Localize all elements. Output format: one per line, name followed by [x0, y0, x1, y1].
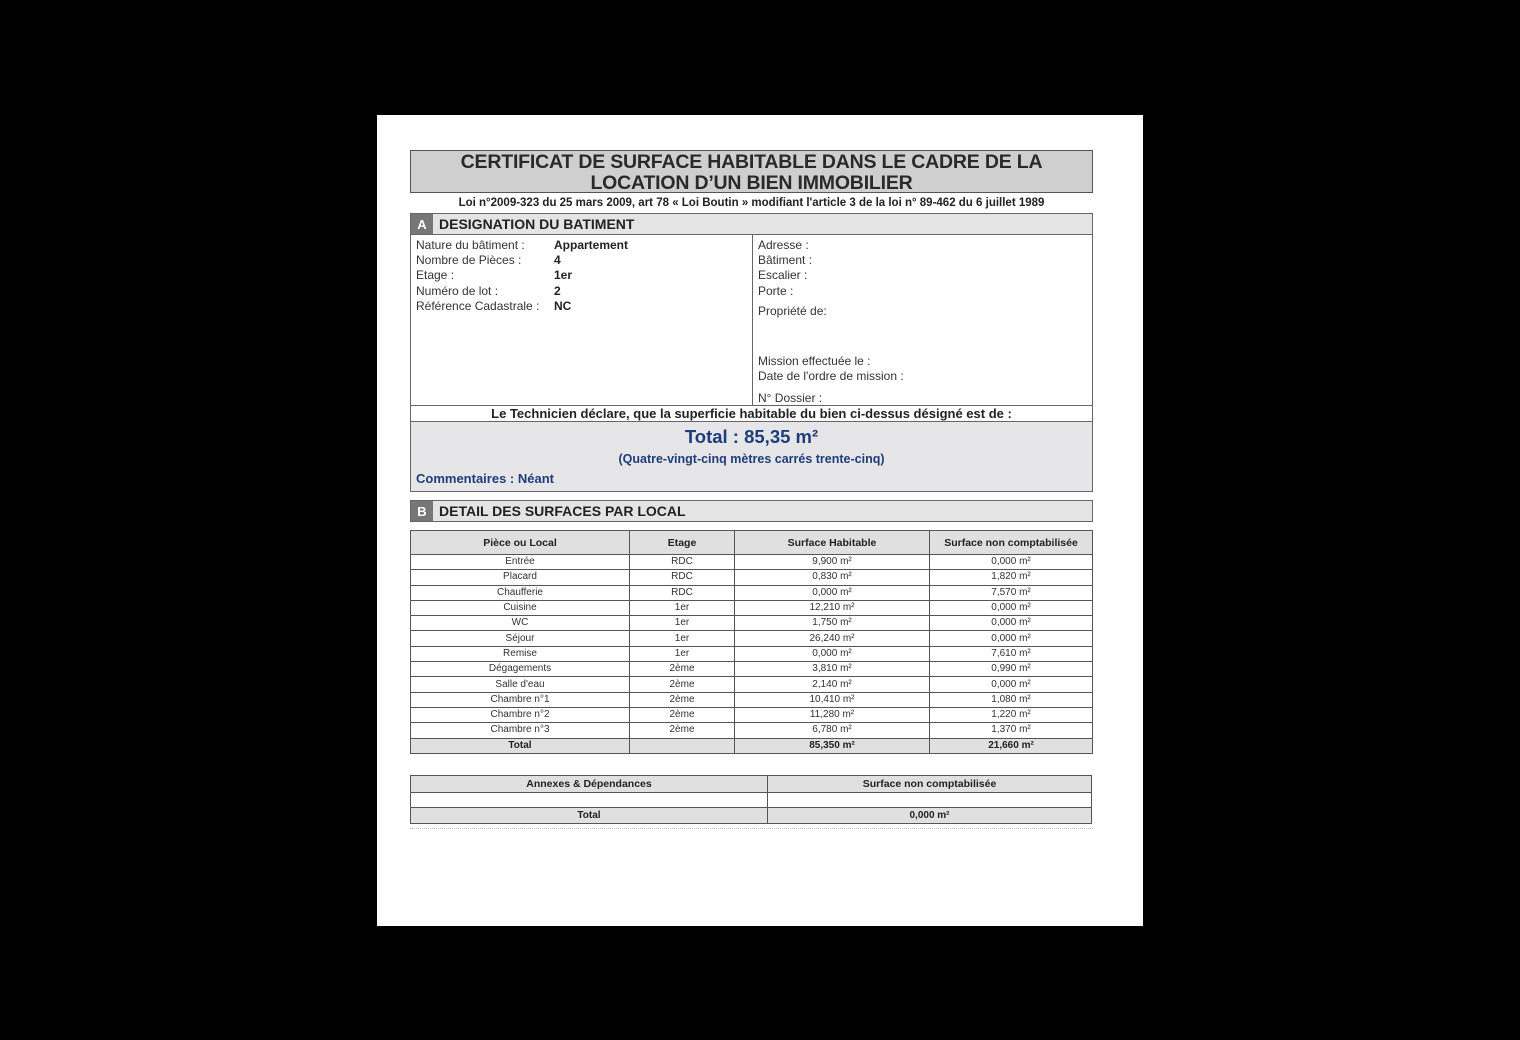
table-row: Chambre n°12ème10,410 m²1,080 m²: [411, 692, 1093, 707]
building-details: Nature du bâtiment :Appartement Nombre d…: [411, 235, 753, 405]
table-cell: 1er: [630, 631, 735, 646]
table-row: [411, 792, 1092, 807]
table-row: Salle d'eau2ème2,140 m²0,000 m²: [411, 677, 1093, 692]
table-cell: 1er: [630, 616, 735, 631]
table-cell: 0,000 m²: [930, 555, 1093, 570]
field-adresse: Adresse :: [758, 238, 1092, 253]
table-row: Séjour1er26,240 m²0,000 m²: [411, 631, 1093, 646]
field-escalier: Escalier :: [758, 268, 1092, 283]
table-cell: 3,810 m²: [735, 662, 930, 677]
table-cell: Chambre n°1: [411, 692, 630, 707]
table-cell: Remise: [411, 646, 630, 661]
column-header: Surface Habitable: [735, 531, 930, 555]
table-cell: 2ème: [630, 707, 735, 722]
field-batiment: Bâtiment :: [758, 253, 1092, 268]
table-cell: 2,140 m²: [735, 677, 930, 692]
field-value: 1er: [554, 268, 572, 283]
total-surface: Total : 85,35 m²: [411, 422, 1092, 448]
table-cell: 1er: [630, 646, 735, 661]
table-cell: Dégagements: [411, 662, 630, 677]
table-header-row: Annexes & Dépendances Surface non compta…: [411, 775, 1092, 792]
column-header: Pièce ou Local: [411, 531, 630, 555]
table-cell: Séjour: [411, 631, 630, 646]
field-nature: Nature du bâtiment :Appartement: [416, 238, 752, 253]
total-surface-box: Total : 85,35 m² (Quatre-vingt-cinq mètr…: [410, 422, 1093, 492]
section-b-title: DETAIL DES SURFACES PAR LOCAL: [439, 503, 686, 519]
table-cell: 2ème: [630, 692, 735, 707]
table-cell: Chaufferie: [411, 585, 630, 600]
table-cell: 0,830 m²: [735, 570, 930, 585]
field-label: Nature du bâtiment :: [416, 238, 554, 253]
title-line-1: CERTIFICAT DE SURFACE HABITABLE DANS LE …: [411, 152, 1092, 173]
column-header: Surface non comptabilisée: [930, 531, 1093, 555]
field-pieces: Nombre de Pièces :4: [416, 253, 752, 268]
building-designation: Nature du bâtiment :Appartement Nombre d…: [410, 235, 1093, 406]
field-mission: Mission effectuée le :: [758, 354, 1092, 369]
address-details: Adresse : Bâtiment : Escalier : Porte : …: [753, 235, 1092, 405]
field-propriete: Propriété de:: [758, 304, 1092, 319]
field-value: NC: [554, 299, 571, 314]
table-row: Dégagements2ème3,810 m²0,990 m²: [411, 662, 1093, 677]
column-header: Annexes & Dépendances: [411, 775, 768, 792]
document-page: CERTIFICAT DE SURFACE HABITABLE DANS LE …: [377, 115, 1143, 926]
field-etage: Etage :1er: [416, 268, 752, 283]
table-cell: Salle d'eau: [411, 677, 630, 692]
table-header-row: Pièce ou Local Etage Surface Habitable S…: [411, 531, 1093, 555]
document-title: CERTIFICAT DE SURFACE HABITABLE DANS LE …: [410, 150, 1093, 193]
column-header: Surface non comptabilisée: [768, 775, 1092, 792]
table-cell: Chambre n°2: [411, 707, 630, 722]
field-date-ordre: Date de l'ordre de mission :: [758, 369, 1092, 384]
table-cell: 11,280 m²: [735, 707, 930, 722]
table-cell: 0,000 m²: [930, 677, 1093, 692]
table-cell: 0,000 m²: [735, 646, 930, 661]
total-row: Total0,000 m²: [411, 807, 1092, 823]
comments: Commentaires : Néant: [416, 471, 554, 486]
table-cell: [768, 792, 1092, 807]
field-lot: Numéro de lot :2: [416, 284, 752, 299]
table-row: Chambre n°32ème6,780 m²1,370 m²: [411, 723, 1093, 738]
law-reference: Loi n°2009-323 du 25 mars 2009, art 78 «…: [410, 197, 1093, 213]
table-cell: 1,370 m²: [930, 723, 1093, 738]
total-cell: 21,660 m²: [930, 738, 1093, 753]
table-row: PlacardRDC0,830 m²1,820 m²: [411, 570, 1093, 585]
table-cell: Chambre n°3: [411, 723, 630, 738]
total-surface-words: (Quatre-vingt-cinq mètres carrés trente-…: [411, 452, 1092, 466]
field-value: 4: [554, 253, 561, 268]
table-cell: 2ème: [630, 723, 735, 738]
total-cell: [630, 738, 735, 753]
declaration: Le Technicien déclare, que la superficie…: [410, 406, 1093, 422]
total-cell: 85,350 m²: [735, 738, 930, 753]
field-dossier: N° Dossier :: [758, 391, 1092, 406]
table-row: Chambre n°22ème11,280 m²1,220 m²: [411, 707, 1093, 722]
annexes-table: Annexes & Dépendances Surface non compta…: [410, 775, 1092, 824]
table-cell: [411, 792, 768, 807]
table-cell: 10,410 m²: [735, 692, 930, 707]
table-cell: 26,240 m²: [735, 631, 930, 646]
table-cell: 0,000 m²: [930, 600, 1093, 615]
table-cell: Cuisine: [411, 600, 630, 615]
table-cell: 0,000 m²: [735, 585, 930, 600]
table-cell: RDC: [630, 555, 735, 570]
table-cell: 0,990 m²: [930, 662, 1093, 677]
field-value: 2: [554, 284, 561, 299]
table-cell: WC: [411, 616, 630, 631]
table-cell: RDC: [630, 570, 735, 585]
total-cell: 0,000 m²: [768, 807, 1092, 823]
table-cell: 9,900 m²: [735, 555, 930, 570]
section-a-title: DESIGNATION DU BATIMENT: [439, 216, 634, 232]
section-a-header: A DESIGNATION DU BATIMENT: [410, 213, 1093, 235]
certificate: CERTIFICAT DE SURFACE HABITABLE DANS LE …: [410, 150, 1093, 829]
table-cell: 2ème: [630, 677, 735, 692]
field-label: Nombre de Pièces :: [416, 253, 554, 268]
section-a-letter: A: [411, 214, 433, 234]
field-label: Numéro de lot :: [416, 284, 554, 299]
table-row: WC1er1,750 m²0,000 m²: [411, 616, 1093, 631]
field-value: Appartement: [554, 238, 628, 253]
field-porte: Porte :: [758, 284, 1092, 299]
table-row: EntréeRDC9,900 m²0,000 m²: [411, 555, 1093, 570]
table-row: Cuisine1er12,210 m²0,000 m²: [411, 600, 1093, 615]
table-cell: RDC: [630, 585, 735, 600]
table-cell: 1,080 m²: [930, 692, 1093, 707]
table-row: ChaufferieRDC0,000 m²7,570 m²: [411, 585, 1093, 600]
table-row: Remise1er0,000 m²7,610 m²: [411, 646, 1093, 661]
table-cell: 0,000 m²: [930, 631, 1093, 646]
column-header: Etage: [630, 531, 735, 555]
table-cell: Entrée: [411, 555, 630, 570]
table-cell: 1er: [630, 600, 735, 615]
table-cell: 1,750 m²: [735, 616, 930, 631]
table-cell: 7,570 m²: [930, 585, 1093, 600]
surface-detail-table: Pièce ou Local Etage Surface Habitable S…: [410, 530, 1093, 754]
section-b-header: B DETAIL DES SURFACES PAR LOCAL: [410, 500, 1093, 522]
table-cell: 0,000 m²: [930, 616, 1093, 631]
field-label: Référence Cadastrale :: [416, 299, 554, 314]
field-label: Etage :: [416, 268, 554, 283]
total-cell: Total: [411, 738, 630, 753]
total-cell: Total: [411, 807, 768, 823]
table-cell: 12,210 m²: [735, 600, 930, 615]
total-row: Total85,350 m²21,660 m²: [411, 738, 1093, 753]
footer-divider: [410, 828, 1093, 829]
field-cadastre: Référence Cadastrale :NC: [416, 299, 752, 314]
title-line-2: LOCATION D’UN BIEN IMMOBILIER: [411, 173, 1092, 194]
table-cell: Placard: [411, 570, 630, 585]
table-cell: 1,220 m²: [930, 707, 1093, 722]
table-cell: 2ème: [630, 662, 735, 677]
section-b-letter: B: [411, 501, 433, 521]
table-cell: 1,820 m²: [930, 570, 1093, 585]
table-cell: 7,610 m²: [930, 646, 1093, 661]
table-cell: 6,780 m²: [735, 723, 930, 738]
